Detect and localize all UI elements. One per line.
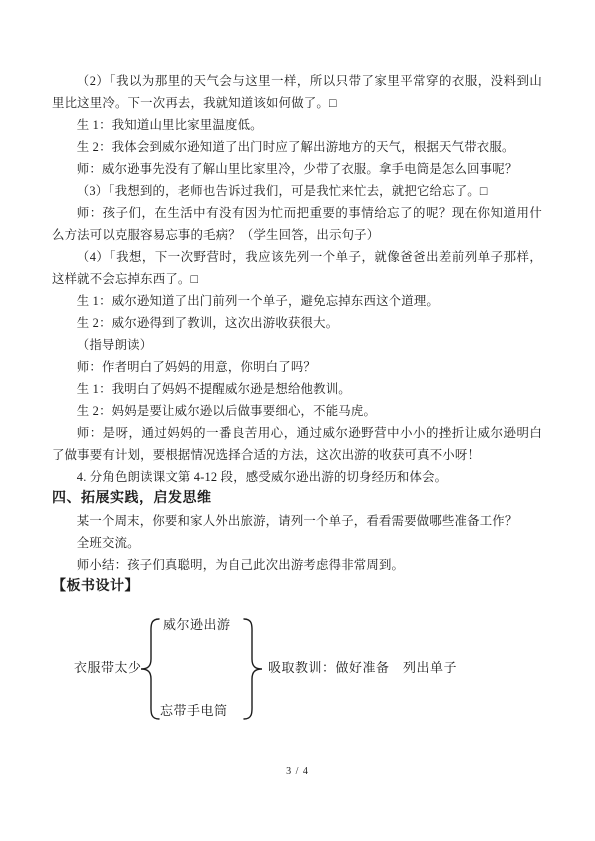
paragraph: 师小结：孩子们真聪明，为自己此次出游考虑得非常周到。	[52, 554, 542, 576]
paragraph: 师：是呀，通过妈妈的一番良苦用心，通过威尔逊野营中小小的挫折让威尔逊明白了做事要…	[52, 422, 542, 466]
section-heading-board-design: 【板书设计】	[52, 576, 542, 598]
document-body: （2）「我以为那里的天气会与这里一样，所以只带了家里平常穿的衣服，没料到山里比这…	[52, 70, 542, 598]
paragraph: （2）「我以为那里的天气会与这里一样，所以只带了家里平常穿的衣服，没料到山里比这…	[52, 70, 542, 114]
paragraph: 全班交流。	[52, 532, 542, 554]
right-brace-icon	[242, 617, 264, 721]
document-page: （2）「我以为那里的天气会与这里一样，所以只带了家里平常穿的衣服，没料到山里比这…	[0, 0, 595, 841]
board-result-label: 吸取教训：做好准备 列出单子	[268, 661, 457, 675]
board-item-left: 衣服带太少	[74, 661, 142, 675]
paragraph: 生 1：我明白了妈妈不提醒威尔逊是想给他教训。	[52, 378, 542, 400]
paragraph: （4）「我想，下一次野营时，我应该先列一个单子，就像爸爸出差前列单子那样，这样就…	[52, 246, 542, 290]
paragraph: 某一个周末，你要和家人外出旅游，请列一个单子，看看需要做哪些准备工作？	[52, 510, 542, 532]
paragraph: 生 2：我体会到威尔逊知道了出门时应了解出游地方的天气，根据天气带衣服。	[52, 136, 542, 158]
paragraph: 生 2：妈妈是要让威尔逊以后做事要细心，不能马虎。	[52, 400, 542, 422]
paragraph: 生 1：威尔逊知道了出门前列一个单子，避免忘掉东西这个道理。	[52, 290, 542, 312]
board-item-bottom: 忘带手电筒	[160, 704, 228, 718]
board-item-top: 威尔逊出游	[163, 618, 231, 632]
paragraph: 师：威尔逊事先没有了解山里比家里冷，少带了衣服。拿手电筒是怎么回事呢？	[52, 158, 542, 180]
paragraph: （指导朗读）	[52, 334, 542, 356]
paragraph: 4. 分角色朗读课文第 4-12 段，感受威尔逊出游的切身经历和体会。	[52, 466, 542, 488]
section-heading-expand-practice: 四、拓展实践，启发思维	[52, 488, 542, 510]
paragraph: 生 2：威尔逊得到了教训，这次出游收获很大。	[52, 312, 542, 334]
page-number: 3 / 4	[0, 766, 595, 777]
paragraph: 师：作者明白了妈妈的用意，你明白了吗？	[52, 356, 542, 378]
paragraph: 生 1：我知道山里比家里温度低。	[52, 114, 542, 136]
left-brace-icon	[139, 617, 161, 721]
paragraph: 师：孩子们，在生活中有没有因为忙而把重要的事情给忘了的呢？现在你知道用什么方法可…	[52, 202, 542, 246]
paragraph: （3）「我想到的，老师也告诉过我们，可是我忙来忙去，就把它给忘了。□	[52, 180, 542, 202]
